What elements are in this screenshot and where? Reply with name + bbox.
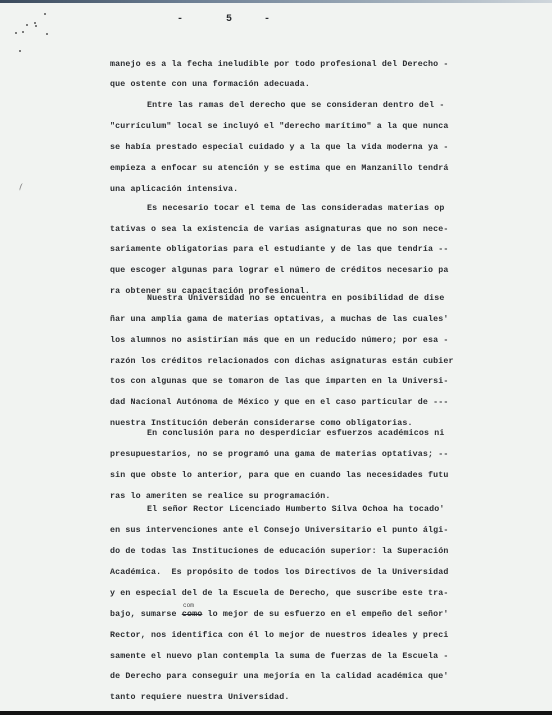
- text-line: ras lo ameriten se realice su programaci…: [110, 492, 331, 502]
- text-line: Entre las ramas del derecho que se consi…: [147, 101, 444, 111]
- text-line: tos con algunas que se tomaron de las qu…: [110, 377, 449, 387]
- text-line: El señor Rector Licenciado Humberto Silv…: [147, 505, 444, 515]
- text-line: Nuestra Universidad no se encuentra en p…: [147, 294, 444, 304]
- text-line: Rector, nos identifica con él lo mejor d…: [110, 631, 449, 641]
- text-line: razón los créditos relacionados con dich…: [110, 357, 454, 367]
- text-line: En conclusión para no desperdiciar esfue…: [147, 429, 444, 439]
- text-line: Es necesario tocar el tema de las consid…: [147, 204, 444, 214]
- text-line: "currículum" local se incluyó el "derech…: [110, 122, 449, 132]
- text-line: ñar una amplia gama de materias optativa…: [110, 315, 449, 325]
- text-line: en sus intervenciones ante el Consejo Un…: [110, 526, 449, 536]
- text-line: manejo es a la fecha ineludible por todo…: [110, 60, 449, 70]
- page-dash-right: -: [264, 14, 270, 25]
- page-number: 5: [226, 14, 232, 25]
- struck-word: como: [182, 610, 203, 619]
- text-line: sin que obste lo anterior, para que en c…: [110, 471, 449, 481]
- text-line: empieza a enfocar su atención y se estim…: [110, 164, 449, 174]
- handwritten-insertion: com: [183, 602, 194, 609]
- text-line: se había prestado especial cuidado y a l…: [110, 143, 449, 153]
- text-line: que ostente con una formación adecuada.: [110, 80, 310, 90]
- text-line: sariamente obligatorias para el estudian…: [110, 245, 449, 255]
- text-line: los alumnos no asistirían más que en un …: [110, 336, 449, 346]
- text-line: nuestra Institución deberán considerarse…: [110, 419, 413, 429]
- text-line: y en especial del de la Escuela de Derec…: [110, 589, 449, 599]
- text-line: dad Nacional Autónoma de México y que en…: [110, 398, 449, 408]
- scan-top-edge: [0, 0, 552, 3]
- text-line: tativas o sea la existencia de varias as…: [110, 225, 449, 235]
- page-dash-left: -: [177, 14, 183, 25]
- text-fragment: lo mejor de su esfuerzo en el empeño del…: [202, 610, 448, 619]
- text-line-with-correction: bajo, sumarse como lo mejor de su esfuer…: [110, 610, 449, 620]
- text-line: presupuestarios, no se programó una gama…: [110, 450, 449, 460]
- scan-mark: [19, 183, 25, 192]
- text-line: do de todas las Instituciones de educaci…: [110, 547, 449, 557]
- text-line: una aplicación intensiva.: [110, 185, 238, 195]
- scan-bottom-edge: [0, 711, 552, 715]
- text-line: tanto requiere nuestra Universidad.: [110, 693, 290, 703]
- text-line: que escoger algunas para lograr el númer…: [110, 266, 449, 276]
- text-line: de Derecho para conseguir una mejoría en…: [110, 672, 449, 682]
- text-line: Académica. Es propósito de todos los Dir…: [110, 568, 449, 578]
- text-line: samente el nuevo plan contempla la suma …: [110, 652, 449, 662]
- text-fragment: bajo, sumarse: [110, 610, 182, 619]
